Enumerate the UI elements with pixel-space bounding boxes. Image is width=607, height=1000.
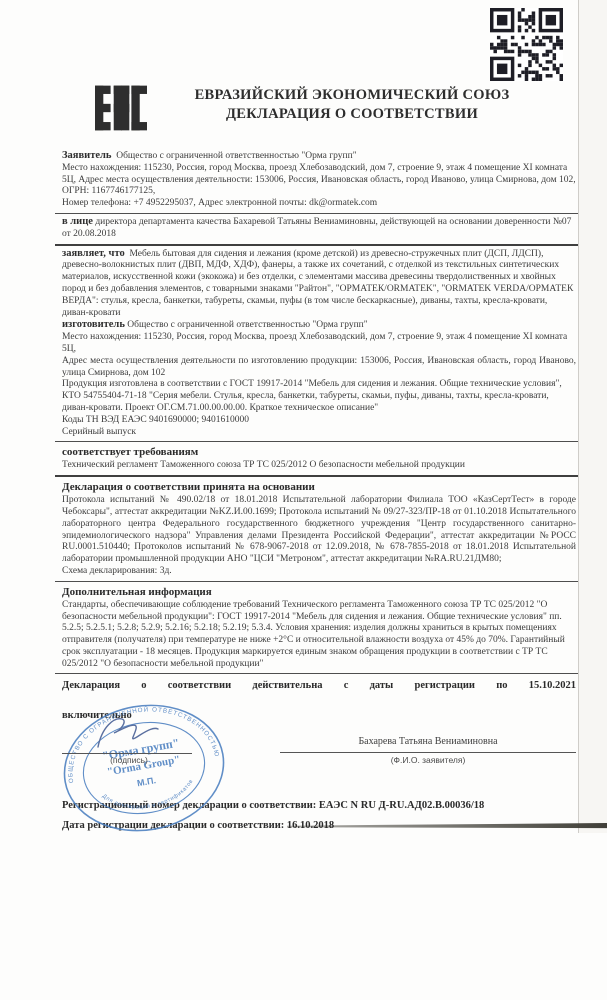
issue-type: Серийный выпуск: [62, 427, 576, 439]
fullname-label: (Ф.И.О. заявителя): [280, 755, 576, 765]
declares-text: Мебель бытовая для сидения и лежания (кр…: [62, 249, 573, 318]
additional-heading: Дополнительная информация: [62, 585, 576, 599]
represented-label: в лице: [62, 216, 93, 227]
applicant-fullname: Бахарева Татьяна Вениаминовна: [280, 736, 576, 747]
declares-label: заявляет, что: [62, 248, 125, 259]
conformity-text: Технический регламент Таможенного союза …: [62, 460, 576, 472]
signature-block: ОБЩЕСТВО С ОГРАНИЧЕННОЙ ОТВЕТСТВЕННОСТЬЮ…: [62, 727, 576, 793]
signature-line: [62, 753, 192, 754]
production-standard: Продукция изготовлена в соответствии с Г…: [62, 379, 576, 414]
basis-heading: Декларация о соответствии принята на осн…: [62, 480, 576, 494]
tnved-codes: Коды ТН ВЭД ЕАЭС 9401690000; 9401610000: [62, 415, 576, 427]
stamp-mp: М.П.: [136, 776, 156, 789]
basis-section: Декларация о соответствии принята на осн…: [55, 477, 578, 582]
fullname-line: [280, 752, 576, 753]
eac-mark-icon: [95, 85, 147, 131]
document-body: Заявитель Общество с ограниченной ответс…: [62, 148, 576, 833]
doc-title: ДЕКЛАРАЦИЯ О СООТВЕТСТВИИ: [168, 105, 536, 124]
handwritten-signature: [92, 713, 162, 753]
applicant-ogrn: ОГРН: 1167746177125,: [62, 186, 576, 198]
manufacturer-activity-address: Адрес места осуществления деятельности п…: [62, 356, 576, 380]
represented-text: директора департамента качества Бахарево…: [62, 217, 571, 239]
additional-text: Стандарты, обеспечивающие соблюдение тре…: [62, 600, 576, 671]
applicant-section: Заявитель Общество с ограниченной ответс…: [55, 148, 578, 214]
signature-label: (подпись): [84, 755, 174, 765]
declaration-subject-section: заявляет, что Мебель бытовая для сидения…: [55, 246, 578, 443]
applicant-label: Заявитель: [62, 150, 111, 161]
scan-edge-strip: [579, 0, 607, 833]
manufacturer-label: изготовитель: [62, 319, 125, 330]
applicant-address: Место нахождения: 115230, Россия, город …: [62, 163, 576, 187]
qr-code-icon: [490, 8, 563, 81]
applicant-contacts: Номер телефона: +7 4952295037, Адрес эле…: [62, 198, 576, 210]
declaration-document: ЕВРАЗИЙСКИЙ ЭКОНОМИЧЕСКИЙ СОЮЗ ДЕКЛАРАЦИ…: [0, 0, 607, 1000]
declaration-scheme: Схема декларирования: 3д.: [62, 566, 576, 578]
additional-info-section: Дополнительная информация Стандарты, обе…: [55, 582, 578, 675]
basis-text: Протокола испытаний № 490.02/18 от 18.01…: [62, 495, 576, 566]
represented-by-section: в лице директора департамента качества Б…: [55, 214, 578, 246]
manufacturer-address: Место нахождения: 115230, Россия, город …: [62, 332, 576, 356]
union-title: ЕВРАЗИЙСКИЙ ЭКОНОМИЧЕСКИЙ СОЮЗ: [168, 86, 536, 105]
applicant-name: Общество с ограниченной ответственностью…: [116, 151, 356, 161]
conformity-section: соответствует требованиям Технический ре…: [55, 442, 578, 477]
document-title: ЕВРАЗИЙСКИЙ ЭКОНОМИЧЕСКИЙ СОЮЗ ДЕКЛАРАЦИ…: [168, 86, 536, 124]
conformity-heading: соответствует требованиям: [62, 445, 576, 459]
manufacturer-name: Общество с ограниченной ответственностью…: [127, 320, 367, 330]
